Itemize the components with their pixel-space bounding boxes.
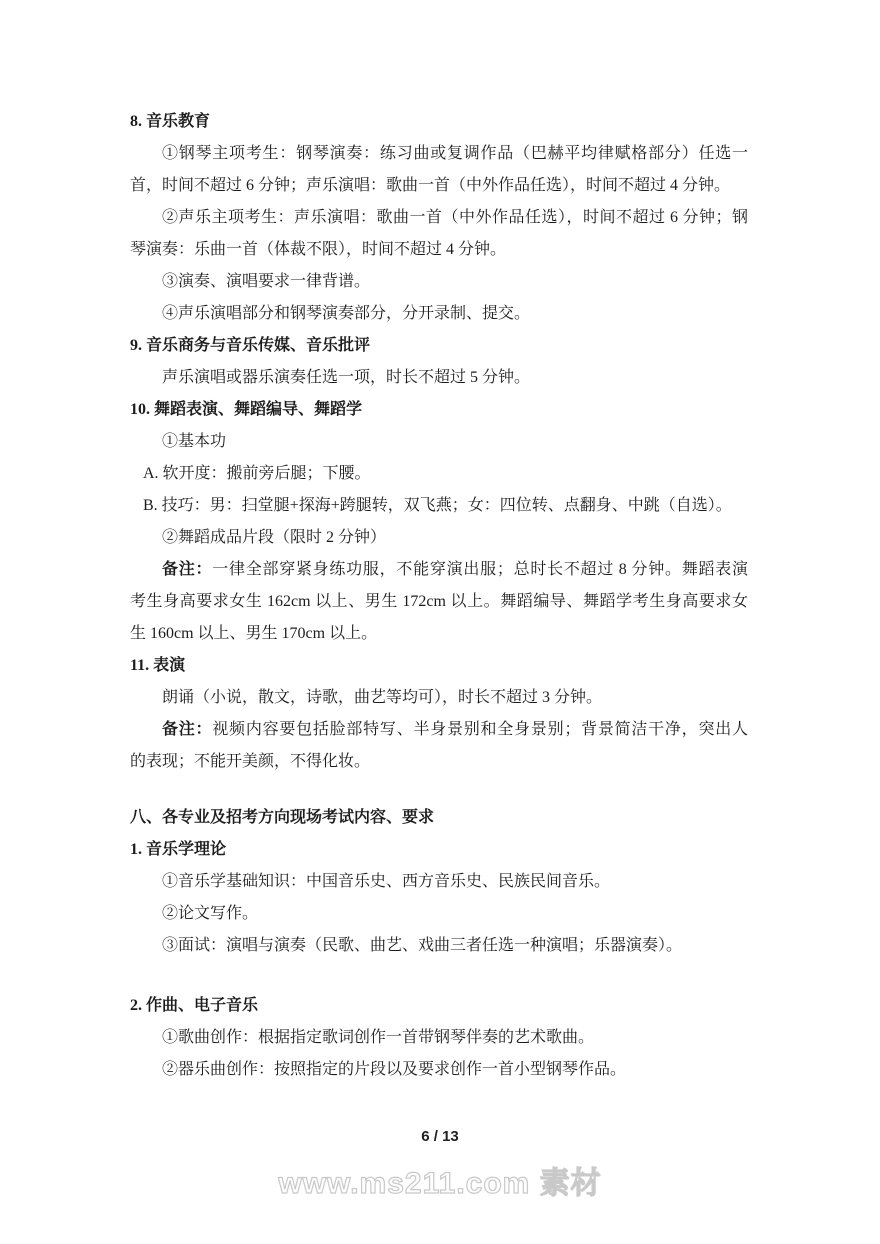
heading-text: 1. 音乐学理论 bbox=[130, 841, 226, 858]
doc-line: ③面试：演唱与演奏（民歌、曲艺、戏曲三者任选一种演唱；乐器演奏）。 bbox=[130, 930, 748, 962]
line-text: 考生身高要求女生 162cm 以上、男生 172cm 以上。舞蹈编导、舞蹈学考生… bbox=[130, 593, 748, 610]
doc-line: ①歌曲创作：根据指定歌词创作一首带钢琴伴奏的艺术歌曲。 bbox=[130, 1022, 748, 1054]
line-text: 声乐演唱或器乐演奏任选一项，时长不超过 5 分钟。 bbox=[162, 369, 530, 386]
doc-line: 的表现；不能开美颜，不得化妆。 bbox=[130, 746, 748, 778]
heading-text: 八、各专业及招考方向现场考试内容、要求 bbox=[130, 809, 434, 826]
line-text: ①基本功 bbox=[162, 433, 226, 450]
section-heading-part8: 八、各专业及招考方向现场考试内容、要求 bbox=[130, 802, 748, 834]
doc-line: B. 技巧：男：扫堂腿+探海+跨腿转，双飞燕；女：四位转、点翻身、中跳（自选）。 bbox=[130, 490, 748, 522]
doc-line: 首，时间不超过 6 分钟；声乐演唱：歌曲一首（中外作品任选），时间不超过 4 分… bbox=[130, 170, 748, 202]
section-heading-2: 2. 作曲、电子音乐 bbox=[130, 990, 748, 1022]
line-text: ②器乐曲创作：按照指定的片段以及要求创作一首小型钢琴作品。 bbox=[162, 1061, 626, 1078]
section-heading-9: 9. 音乐商务与音乐传媒、音乐批评 bbox=[130, 330, 748, 362]
line-text: ③面试：演唱与演奏（民歌、曲艺、戏曲三者任选一种演唱；乐器演奏）。 bbox=[162, 937, 682, 954]
doc-line: 生 160cm 以上、男生 170cm 以上。 bbox=[130, 618, 748, 650]
line-text: ①钢琴主项考生：钢琴演奏：练习曲或复调作品（巴赫平均律赋格部分）任选一 bbox=[162, 145, 748, 162]
note-label: 备注： bbox=[162, 721, 212, 738]
line-text: ①歌曲创作：根据指定歌词创作一首带钢琴伴奏的艺术歌曲。 bbox=[162, 1029, 594, 1046]
doc-line: ②声乐主项考生：声乐演唱：歌曲一首（中外作品任选），时间不超过 6 分钟；钢 bbox=[130, 202, 748, 234]
doc-line-note: 备注：视频内容要包括脸部特写、半身景别和全身景别；背景简洁干净，突出人 bbox=[130, 714, 748, 746]
line-text: ①音乐学基础知识：中国音乐史、西方音乐史、民族民间音乐。 bbox=[162, 873, 610, 890]
doc-line: ④声乐演唱部分和钢琴演奏部分，分开录制、提交。 bbox=[130, 298, 748, 330]
line-text: ④声乐演唱部分和钢琴演奏部分，分开录制、提交。 bbox=[162, 305, 530, 322]
note-label: 备注： bbox=[162, 561, 212, 578]
heading-text: 10. 舞蹈表演、舞蹈编导、舞蹈学 bbox=[130, 401, 362, 418]
section-heading-1: 1. 音乐学理论 bbox=[130, 834, 748, 866]
doc-line: ③演奏、演唱要求一律背谱。 bbox=[130, 266, 748, 298]
spacer bbox=[130, 778, 748, 802]
line-text: 首，时间不超过 6 分钟；声乐演唱：歌曲一首（中外作品任选），时间不超过 4 分… bbox=[130, 177, 730, 194]
page-number: 6 / 13 bbox=[0, 1128, 880, 1145]
line-text: 琴演奏：乐曲一首（体裁不限），时间不超过 4 分钟。 bbox=[130, 241, 506, 258]
doc-line: ②舞蹈成品片段（限时 2 分钟） bbox=[130, 522, 748, 554]
line-text: ③演奏、演唱要求一律背谱。 bbox=[162, 273, 370, 290]
doc-line: ②器乐曲创作：按照指定的片段以及要求创作一首小型钢琴作品。 bbox=[130, 1054, 748, 1086]
doc-line: 考生身高要求女生 162cm 以上、男生 172cm 以上。舞蹈编导、舞蹈学考生… bbox=[130, 586, 748, 618]
line-text: 视频内容要包括脸部特写、半身景别和全身景别；背景简洁干净，突出人 bbox=[212, 721, 748, 738]
line-text: ②论文写作。 bbox=[162, 905, 258, 922]
heading-text: 8. 音乐教育 bbox=[130, 113, 210, 130]
doc-line: 声乐演唱或器乐演奏任选一项，时长不超过 5 分钟。 bbox=[130, 362, 748, 394]
section-heading-8: 8. 音乐教育 bbox=[130, 106, 748, 138]
watermark: www.ms211.com 素材 bbox=[0, 1158, 880, 1202]
doc-line: ①钢琴主项考生：钢琴演奏：练习曲或复调作品（巴赫平均律赋格部分）任选一 bbox=[130, 138, 748, 170]
line-text: ②声乐主项考生：声乐演唱：歌曲一首（中外作品任选），时间不超过 6 分钟；钢 bbox=[162, 209, 748, 226]
line-text: 朗诵（小说，散文，诗歌，曲艺等均可），时长不超过 3 分钟。 bbox=[162, 689, 602, 706]
doc-line: 琴演奏：乐曲一首（体裁不限），时间不超过 4 分钟。 bbox=[130, 234, 748, 266]
line-text: 一律全部穿紧身练功服，不能穿演出服；总时长不超过 8 分钟。舞蹈表演 bbox=[212, 561, 748, 578]
section-heading-11: 11. 表演 bbox=[130, 650, 748, 682]
doc-line: ①音乐学基础知识：中国音乐史、西方音乐史、民族民间音乐。 bbox=[130, 866, 748, 898]
doc-line-note: 备注：一律全部穿紧身练功服，不能穿演出服；总时长不超过 8 分钟。舞蹈表演 bbox=[130, 554, 748, 586]
heading-text: 2. 作曲、电子音乐 bbox=[130, 997, 258, 1014]
heading-text: 9. 音乐商务与音乐传媒、音乐批评 bbox=[130, 337, 370, 354]
line-text: ②舞蹈成品片段（限时 2 分钟） bbox=[162, 529, 386, 546]
document-page: 8. 音乐教育 ①钢琴主项考生：钢琴演奏：练习曲或复调作品（巴赫平均律赋格部分）… bbox=[0, 0, 880, 1244]
doc-line: ②论文写作。 bbox=[130, 898, 748, 930]
line-text: 的表现；不能开美颜，不得化妆。 bbox=[130, 753, 370, 770]
line-text: B. 技巧：男：扫堂腿+探海+跨腿转，双飞燕；女：四位转、点翻身、中跳（自选）。 bbox=[143, 497, 732, 514]
section-heading-10: 10. 舞蹈表演、舞蹈编导、舞蹈学 bbox=[130, 394, 748, 426]
line-text: 生 160cm 以上、男生 170cm 以上。 bbox=[130, 625, 377, 642]
doc-line: A. 软开度：搬前旁后腿；下腰。 bbox=[130, 458, 748, 490]
doc-line: ①基本功 bbox=[130, 426, 748, 458]
line-text: A. 软开度：搬前旁后腿；下腰。 bbox=[143, 465, 371, 482]
document-body: 8. 音乐教育 ①钢琴主项考生：钢琴演奏：练习曲或复调作品（巴赫平均律赋格部分）… bbox=[130, 106, 748, 1086]
spacer bbox=[130, 962, 748, 990]
heading-text: 11. 表演 bbox=[130, 657, 185, 674]
doc-line: 朗诵（小说，散文，诗歌，曲艺等均可），时长不超过 3 分钟。 bbox=[130, 682, 748, 714]
